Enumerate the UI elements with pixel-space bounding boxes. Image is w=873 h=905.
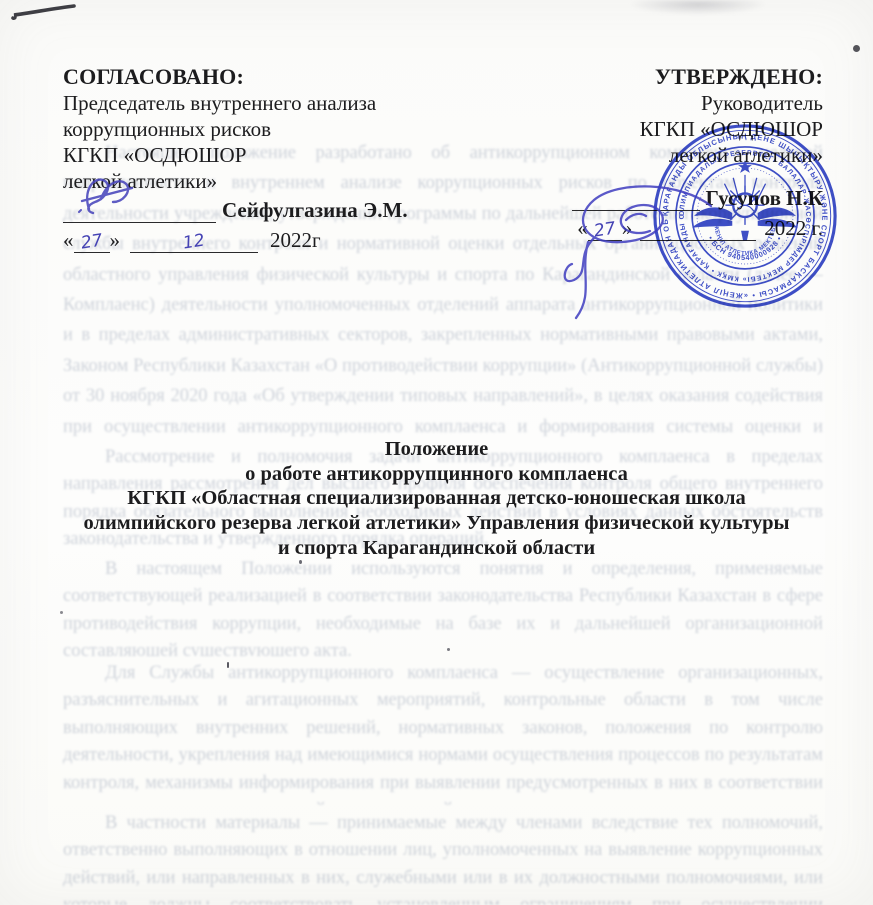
scan-speckle: [299, 560, 302, 564]
document-title-line: олимпийского резерва легкой атлетики» Уп…: [40, 511, 833, 536]
quote-close: »: [110, 228, 121, 252]
approved-heading: УТВЕРЖДЕНО:: [483, 64, 823, 90]
faded-paragraph: В настоящем Положении используются понят…: [63, 556, 823, 656]
scan-speckle: [853, 45, 860, 52]
handwritten-day: 27: [79, 230, 104, 253]
agreed-block: СОГЛАСОВАНО: Председатель внутреннего ан…: [63, 64, 453, 253]
date-day-line: 27: [74, 227, 110, 253]
agreed-heading: СОГЛАСОВАНО:: [63, 64, 453, 90]
agreed-date-row: «27»122022г: [63, 227, 453, 253]
document-title-line: Положение: [40, 437, 833, 462]
agreed-signature-row: Сейфулгазина Э.М.: [63, 197, 453, 223]
document-title-line: и спорта Карагандинской области: [40, 536, 833, 561]
signature-approved: [556, 176, 766, 326]
scan-speckle: [227, 662, 229, 668]
faded-paragraph: В частности материалы — принимаемые межд…: [63, 810, 823, 905]
agreed-line: Председатель внутреннего анализа: [63, 90, 453, 116]
document-title-line: о работе антикоррупцинного комплаенса: [40, 462, 833, 487]
scan-speckle: [447, 648, 450, 651]
scan-speckle: [60, 611, 63, 614]
signature-agreed: [77, 171, 139, 219]
pen-stroke-mark: [8, 2, 80, 24]
date-month-line: 12: [130, 227, 258, 253]
handwritten-month: 12: [182, 230, 207, 253]
scanned-document-page: Настоящее положение разработано об антик…: [0, 0, 873, 905]
document-title-line: КГКП «Областная специализированная детск…: [40, 486, 833, 511]
date-year: 2022г: [270, 228, 321, 252]
agreed-name: Сейфулгазина Э.М.: [222, 198, 408, 222]
quote-open: «: [63, 228, 74, 252]
scan-smudge: [628, 0, 768, 15]
faded-paragraph: Для Службы антикоррупционного комплаенса…: [63, 660, 823, 806]
document-title: Положение о работе антикоррупцинного ком…: [40, 437, 833, 561]
agreed-line: коррупционных рисков: [63, 116, 453, 142]
approved-line: Руководитель: [483, 90, 823, 116]
agreed-line: КГКП «ОСДЮШОР: [63, 142, 453, 168]
